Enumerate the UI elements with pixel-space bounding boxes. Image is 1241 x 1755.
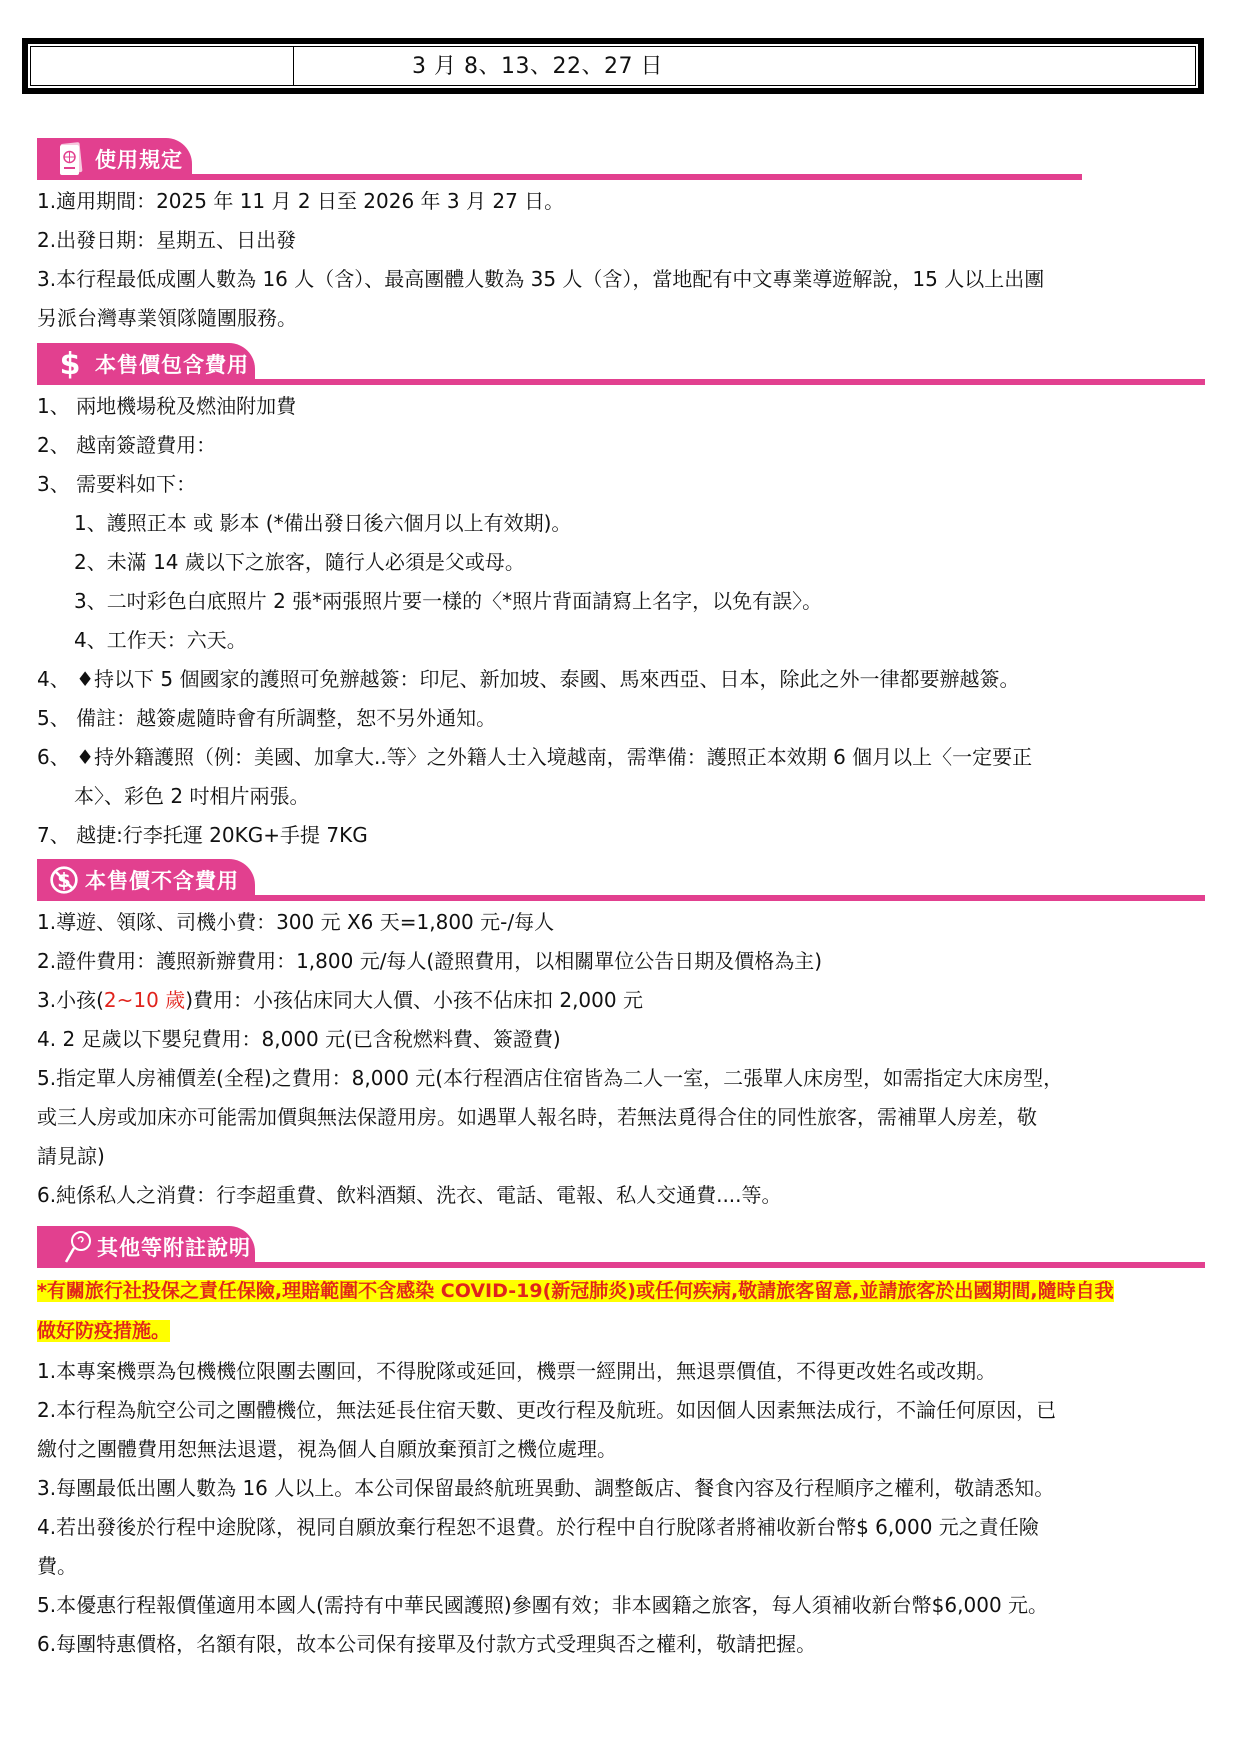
section-title: 其他等附註說明 [97, 1232, 251, 1262]
section-header: 使用規定 [37, 138, 1205, 180]
section-body: 1.適用期間：2025 年 11 月 2 日至 2026 年 3 月 27 日。… [37, 182, 1205, 338]
included-item-continued: 本〉、彩色 2 吋相片兩張。 [37, 777, 1205, 816]
rule-item: 3.本行程最低成團人數為 16 人（含）、最高團體人數為 35 人（含），當地配… [37, 260, 1205, 299]
dates-table: 3 月 8、13、22、27 日 [22, 38, 1204, 94]
excluded-item-child-fee: 3.小孩(2~10 歲)費用：小孩佔床同大人價、小孩不佔床扣 2,000 元 [37, 981, 1205, 1020]
included-item: 6、 ♦持外籍護照（例：美國、加拿大..等〉之外籍人士入境越南，需準備：護照正本… [37, 738, 1205, 777]
section-included: $ 本售價包含費用 1、 兩地機場稅及燃油附加費 2、 越南簽證費用： 3、 需… [37, 343, 1205, 855]
section-tab: 其他等附註說明 [37, 1226, 255, 1268]
note-item: 2.本行程為航空公司之團體機位，無法延長住宿天數、更改行程及航班。如因個人因素無… [37, 1391, 1205, 1430]
dates-table-label-cell [31, 47, 294, 85]
section-notes: 其他等附註說明 *有關旅行社投保之責任保險,理賠範圍不含感染 COVID-19(… [37, 1226, 1205, 1664]
section-body: 1.導遊、領隊、司機小費：300 元 X6 天=1,800 元-/每人 2.證件… [37, 903, 1205, 1215]
section-tab: $ 本售價包含費用 [37, 343, 255, 385]
section-body: *有關旅行社投保之責任保險,理賠範圍不含感染 COVID-19(新冠肺炎)或任何… [37, 1272, 1205, 1664]
no-dollar-icon: $ [49, 863, 79, 897]
excluded-item-continued: 請見諒) [37, 1137, 1205, 1176]
section-divider [37, 174, 1082, 180]
svg-text:$: $ [60, 348, 81, 380]
child-age-range: 2~10 歲 [104, 988, 185, 1012]
section-excluded: $ 本售價不含費用 1.導遊、領隊、司機小費：300 元 X6 天=1,800 … [37, 859, 1205, 1215]
included-item: 3、 需要料如下： [37, 465, 1205, 504]
section-header: $ 本售價不含費用 [37, 859, 1205, 901]
required-document-item: 4、工作天：六天。 [37, 621, 1205, 660]
note-item: 4.若出發後於行程中途脫隊，視同自願放棄行程恕不退費。於行程中自行脫隊者將補收新… [37, 1508, 1205, 1547]
note-item-continued: 費。 [37, 1547, 1205, 1586]
section-title: 本售價包含費用 [95, 349, 249, 379]
rule-item: 另派台灣專業領隊隨團服務。 [37, 299, 1205, 338]
excluded-item: 6.純係私人之消費：行李超重費、飲料酒類、洗衣、電話、電報、私人交通費....等… [37, 1176, 1205, 1215]
note-item: 3.每團最低出團人數為 16 人以上。本公司保留最終航班異動、調整飯店、餐食內容… [37, 1469, 1205, 1508]
magnifier-icon [63, 1230, 93, 1264]
departure-dates: 3 月 8、13、22、27 日 [294, 47, 1195, 85]
section-body: 1、 兩地機場稅及燃油附加費 2、 越南簽證費用： 3、 需要料如下： 1、護照… [37, 387, 1205, 855]
note-item-continued: 繳付之團體費用恕無法退還，視為個人自願放棄預訂之機位處理。 [37, 1430, 1205, 1469]
section-tab: 使用規定 [37, 138, 192, 180]
rule-item: 1.適用期間：2025 年 11 月 2 日至 2026 年 3 月 27 日。 [37, 182, 1205, 221]
excluded-item: 4. 2 足歲以下嬰兒費用：8,000 元(已含稅燃料費、簽證費) [37, 1020, 1205, 1059]
dollar-icon: $ [55, 347, 85, 381]
covid-warning: *有關旅行社投保之責任保險,理賠範圍不含感染 COVID-19(新冠肺炎)或任何… [37, 1272, 1205, 1312]
excluded-item: 1.導遊、領隊、司機小費：300 元 X6 天=1,800 元-/每人 [37, 903, 1205, 942]
note-item: 5.本優惠行程報價僅適用本國人(需持有中華民國護照)參團有效；非本國籍之旅客，每… [37, 1586, 1205, 1625]
excluded-item: 5.指定單人房補價差(全程)之費用：8,000 元(本行程酒店住宿皆為二人一室，… [37, 1059, 1205, 1098]
passport-icon [55, 142, 85, 176]
dates-table-row: 3 月 8、13、22、27 日 [30, 46, 1196, 86]
section-title: 本售價不含費用 [85, 865, 239, 895]
included-item: 5、 備註：越簽處隨時會有所調整，恕不另外通知。 [37, 699, 1205, 738]
section-usage-rules: 使用規定 1.適用期間：2025 年 11 月 2 日至 2026 年 3 月 … [37, 138, 1205, 338]
required-document-item: 3、二吋彩色白底照片 2 張*兩張照片要一樣的〈*照片背面請寫上名字，以免有誤〉… [37, 582, 1205, 621]
covid-warning-line: 做好防疫措施。 [37, 1320, 170, 1342]
section-header: $ 本售價包含費用 [37, 343, 1205, 385]
section-title: 使用規定 [95, 144, 183, 174]
included-item: 4、 ♦持以下 5 個國家的護照可免辦越簽：印尼、新加坡、泰國、馬來西亞、日本，… [37, 660, 1205, 699]
included-item: 1、 兩地機場稅及燃油附加費 [37, 387, 1205, 426]
section-tab: $ 本售價不含費用 [37, 859, 255, 901]
note-item: 6.每團特惠價格，名額有限，故本公司保有接單及付款方式受理與否之權利，敬請把握。 [37, 1625, 1205, 1664]
required-document-item: 2、未滿 14 歲以下之旅客，隨行人必須是父或母。 [37, 543, 1205, 582]
covid-warning: 做好防疫措施。 [37, 1312, 1205, 1352]
section-header: 其他等附註說明 [37, 1226, 1205, 1268]
covid-warning-line: *有關旅行社投保之責任保險,理賠範圍不含感染 COVID-19(新冠肺炎)或任何… [37, 1280, 1114, 1302]
child-fee-prefix: 3.小孩( [37, 988, 104, 1012]
required-document-item: 1、護照正本 或 影本 (*備出發日後六個月以上有效期)。 [37, 504, 1205, 543]
rule-item: 2.出發日期：星期五、日出發 [37, 221, 1205, 260]
excluded-item-continued: 或三人房或加床亦可能需加價與無法保證用房。如遇單人報名時，若無法覓得合住的同性旅… [37, 1098, 1205, 1137]
note-item: 1.本專案機票為包機機位限團去團回，不得脫隊或延回，機票一經開出，無退票價值，不… [37, 1352, 1205, 1391]
included-item: 7、 越捷:行李托運 20KG+手提 7KG [37, 816, 1205, 855]
excluded-item: 2.證件費用：護照新辦費用：1,800 元/每人(證照費用，以相關單位公告日期及… [37, 942, 1205, 981]
child-fee-suffix: )費用：小孩佔床同大人價、小孩不佔床扣 2,000 元 [185, 988, 643, 1012]
included-item: 2、 越南簽證費用： [37, 426, 1205, 465]
